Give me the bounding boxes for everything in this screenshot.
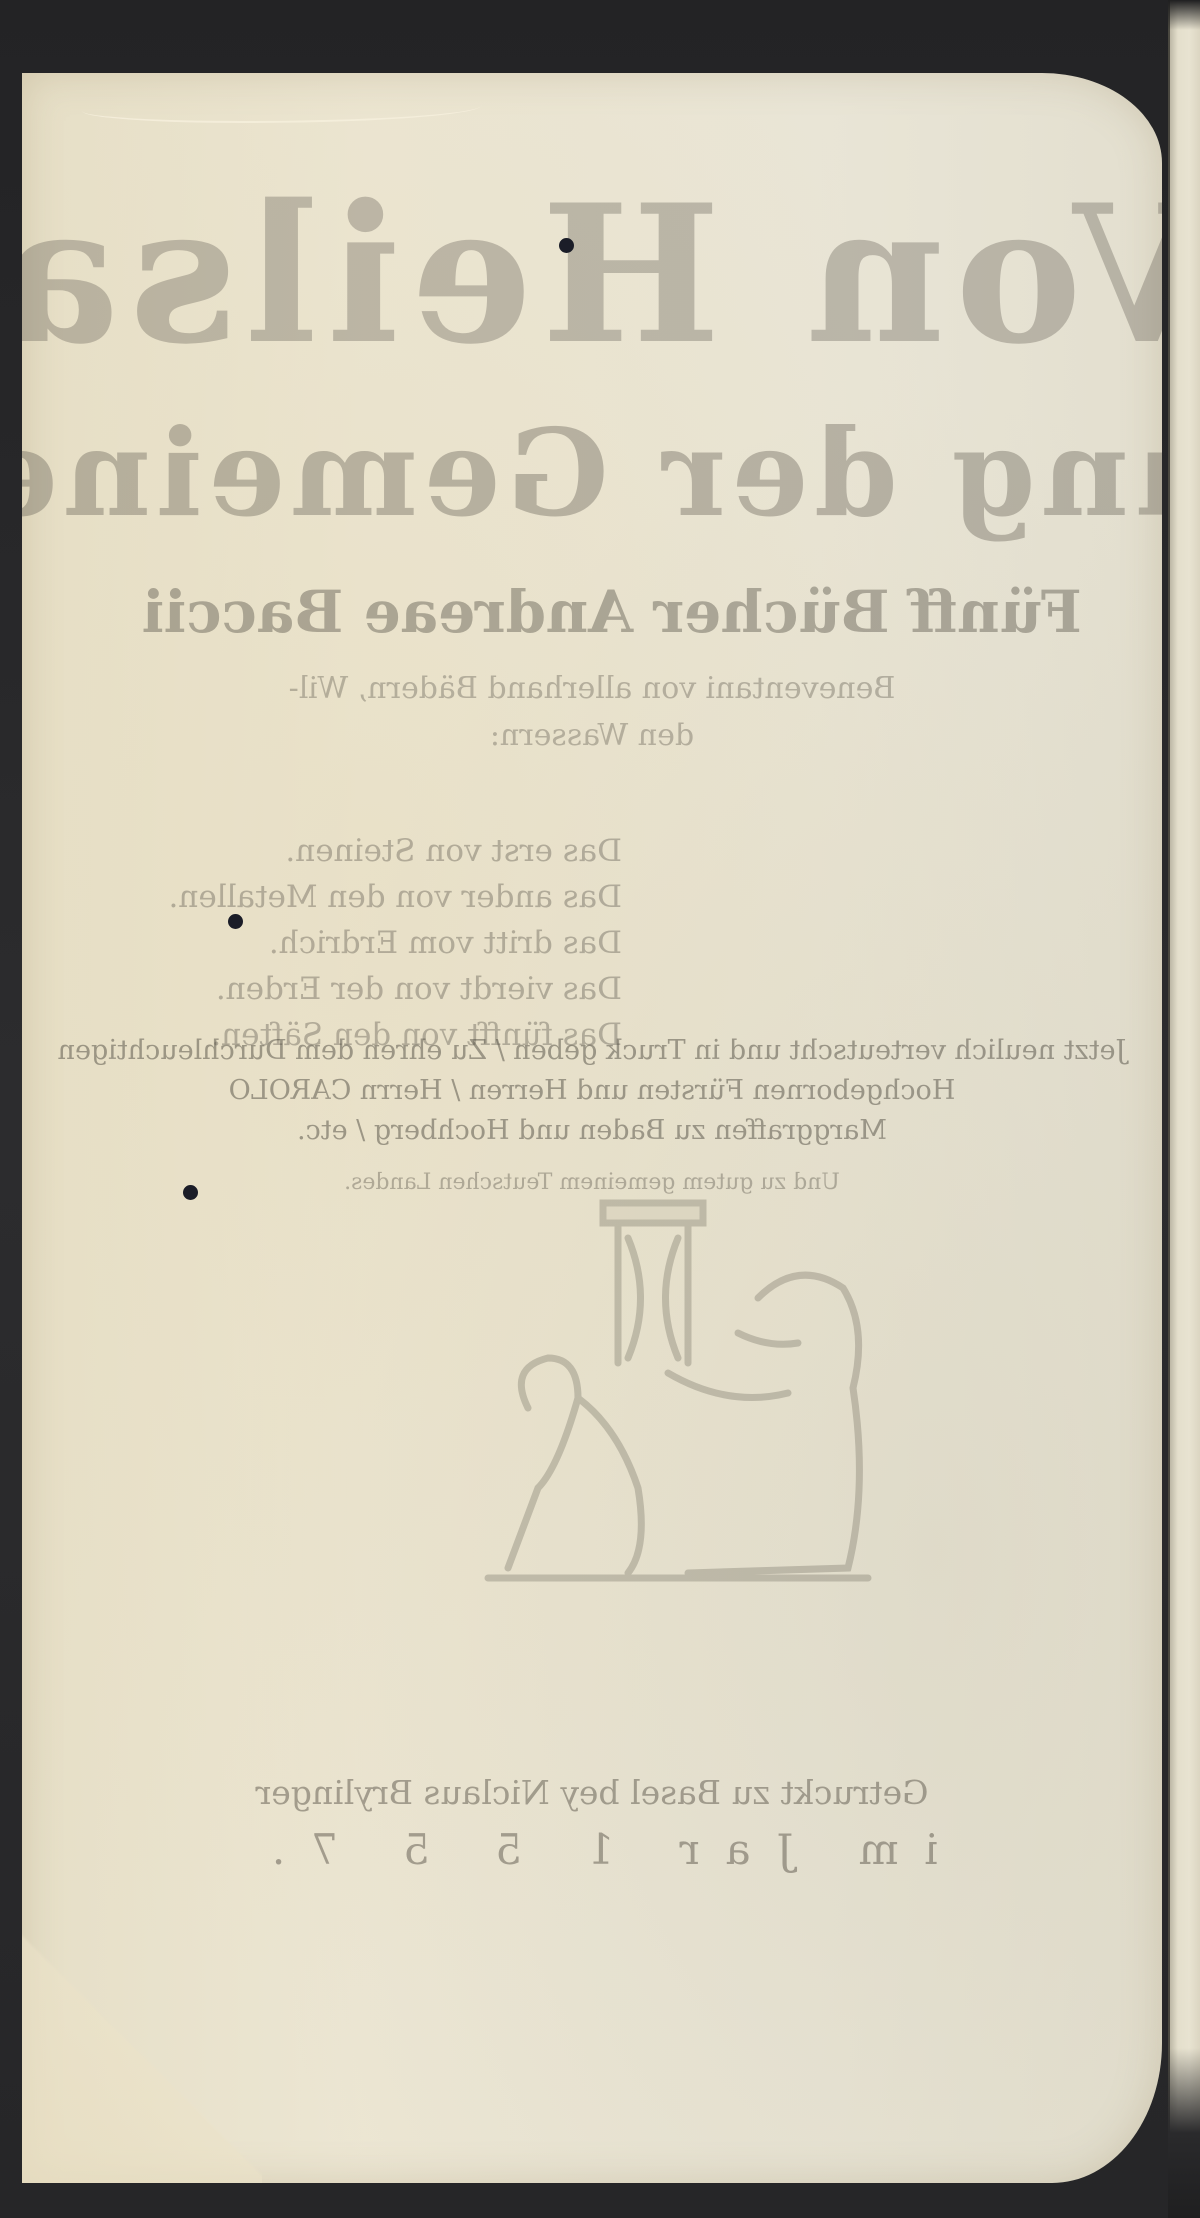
colophon-line-2: im Jar 1 5 5 7. — [22, 1825, 1162, 1874]
description-line: Hochgebornen Fürsten und Herren / Herrn … — [22, 1075, 1162, 1106]
title-line-1: Von Heilsam — [82, 163, 1162, 386]
ink-dot-marker — [183, 1185, 198, 1200]
folded-corner — [22, 1923, 262, 2183]
description-line: Marggraffen zu Baden und Hochberg / etc. — [22, 1115, 1162, 1146]
adjacent-page-edge — [1168, 0, 1200, 2218]
subtitle-line-2: den Wassern: — [22, 718, 1162, 753]
book-list-item: Das ander von den Metallen. — [169, 879, 622, 915]
subtitle-line-1: Beneventani von allerhand Bädern, Wil- — [22, 671, 1162, 706]
ink-dot-marker — [228, 914, 243, 929]
paper-crease — [82, 93, 482, 123]
adjacent-page-shadow-bottom — [1168, 2048, 1200, 2218]
adjacent-page-shadow-top — [1168, 0, 1200, 30]
description-line: Jetzt neulich verteutscht und in Truck g… — [22, 1035, 1162, 1066]
title-line-2: ung der Gemeinen Bad — [82, 403, 1162, 544]
book-list-item: Das fünfft von den Säften. — [211, 1017, 622, 1053]
mirrored-showthrough: Von Heilsam ung der Gemeinen Bad Fünff B… — [22, 73, 1162, 2183]
printer-mark-woodcut — [468, 1168, 884, 1593]
book-list-item: Das erst von Steinen. — [285, 833, 622, 869]
ink-dot-marker — [559, 238, 574, 253]
colophon-line-1: Getruckt zu Basel bey Niclaus Brylinger — [22, 1773, 1162, 1812]
book-list-item: Das dritt vom Erdrich. — [269, 925, 622, 961]
book-page: Von Heilsam ung der Gemeinen Bad Fünff B… — [22, 73, 1162, 2183]
title-line-3: Fünff Bücher Andreae Baccii — [42, 578, 1162, 646]
book-list-item: Das vierdt von der Erden. — [216, 971, 622, 1007]
